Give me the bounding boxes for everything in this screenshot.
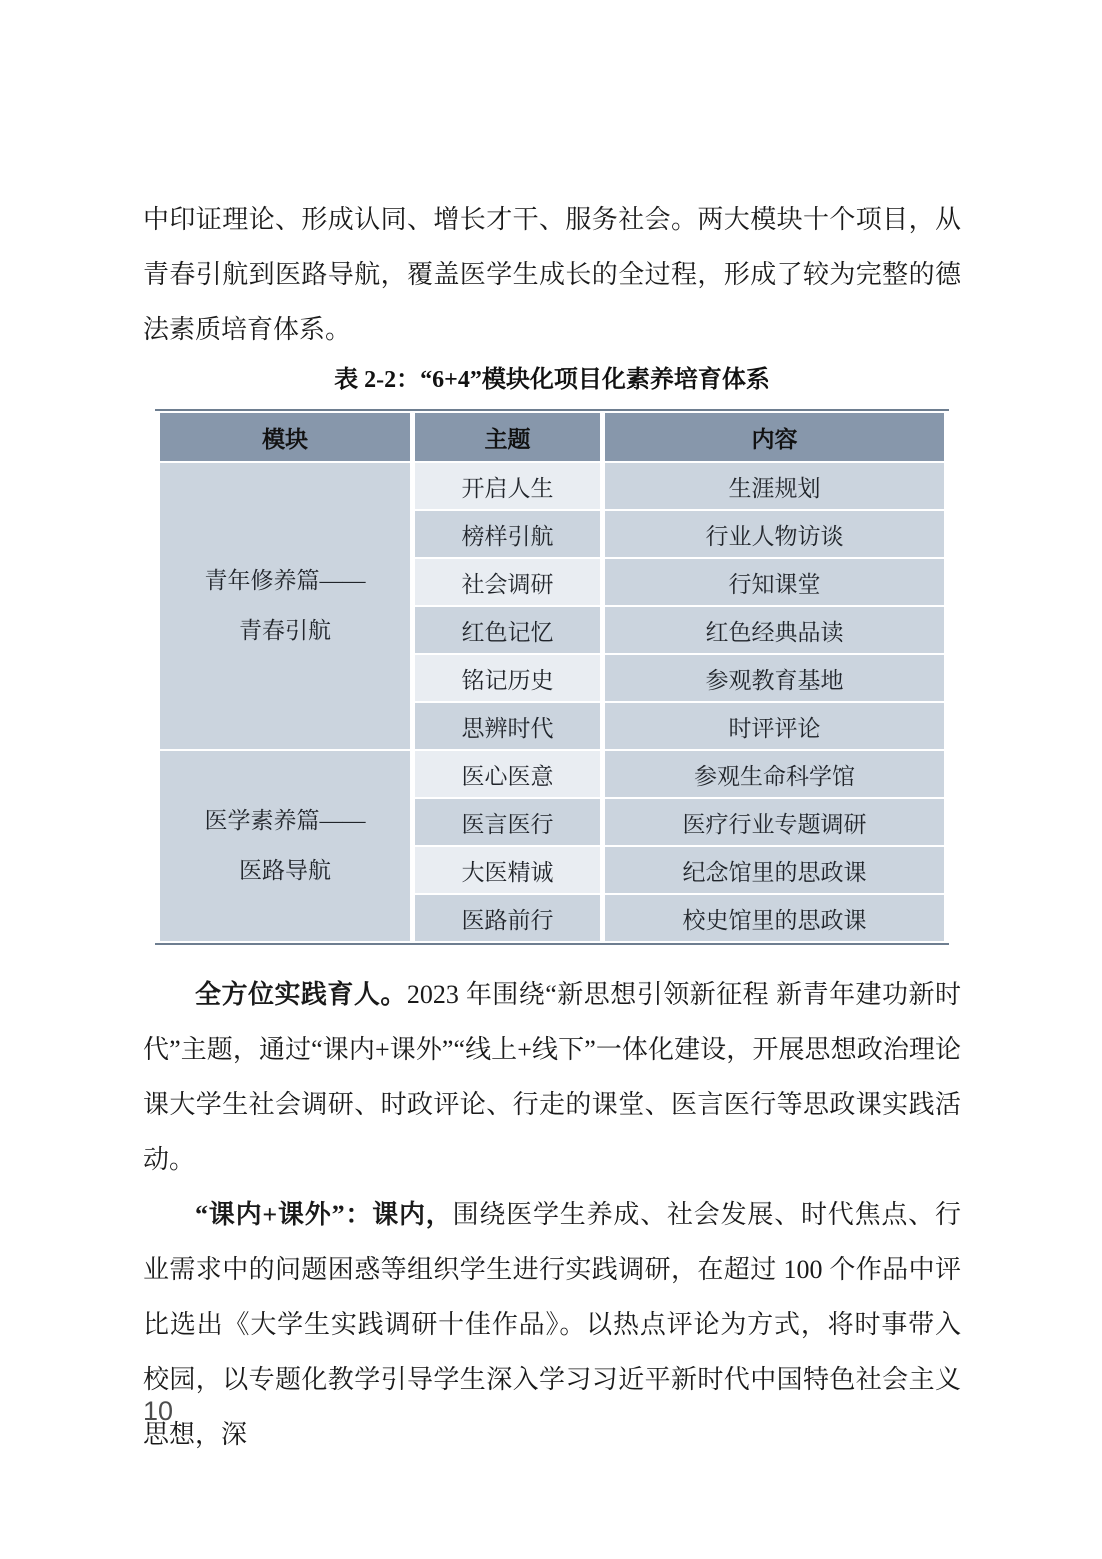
table-header-row: 模块 主题 内容 (160, 413, 944, 461)
module-cell-youth: 青年修养篇—— 青春引航 (160, 463, 410, 749)
theme-cell: 红色记忆 (415, 607, 600, 653)
module-name-line2: 医路导航 (160, 846, 410, 896)
theme-cell: 社会调研 (415, 559, 600, 605)
table-caption: 表 2-2：“6+4”模块化项目化素养培育体系 (143, 359, 961, 401)
paragraph-2-body: 2023 年围绕“新思想引领新征程 新青年建功新时代”主题，通过“课内+课外”“… (143, 980, 961, 1174)
theme-cell: 医心医意 (415, 751, 600, 797)
paragraph-3-body: 围绕医学生养成、社会发展、时代焦点、行业需求中的问题困惑等组织学生进行实践调研，… (143, 1200, 961, 1449)
paragraph-3-lead: “课内+课外”：课内， (195, 1200, 453, 1229)
content-cell: 生涯规划 (605, 463, 944, 509)
theme-cell: 医言医行 (415, 799, 600, 845)
header-cell-module: 模块 (160, 413, 410, 461)
page-number: 10 (143, 1396, 173, 1427)
table-row: 青年修养篇—— 青春引航 开启人生 生涯规划 (160, 463, 944, 509)
content-cell: 红色经典品读 (605, 607, 944, 653)
module-name-line2: 青春引航 (160, 606, 410, 656)
content-cell: 校史馆里的思政课 (605, 895, 944, 941)
header-cell-content: 内容 (605, 413, 944, 461)
content-cell: 纪念馆里的思政课 (605, 847, 944, 893)
document-body: { "content": { "p1": "中印证理论、形成认同、增长才干、服务… (0, 0, 1102, 1559)
paragraph-2-lead: 全方位实践育人。 (195, 980, 407, 1009)
content-cell: 行知课堂 (605, 559, 944, 605)
theme-cell: 铭记历史 (415, 655, 600, 701)
theme-cell: 医路前行 (415, 895, 600, 941)
theme-cell: 榜样引航 (415, 511, 600, 557)
table-row: 医学素养篇—— 医路导航 医心医意 参观生命科学馆 (160, 751, 944, 797)
module-cell-medical: 医学素养篇—— 医路导航 (160, 751, 410, 941)
paragraph-3: “课内+课外”：课内，围绕医学生养成、社会发展、时代焦点、行业需求中的问题困惑等… (143, 1187, 961, 1462)
module-table: 模块 主题 内容 青年修养篇—— 青春引航 开启人生 生涯规划 榜样引航 行业人… (155, 409, 949, 945)
module-name-line1: 青年修养篇—— (160, 556, 410, 606)
header-cell-theme: 主题 (415, 413, 600, 461)
page: 中印证理论、形成认同、增长才干、服务社会。两大模块十个项目，从青春引航到医路导航… (0, 0, 1102, 1559)
content-cell: 参观生命科学馆 (605, 751, 944, 797)
content-cell: 行业人物访谈 (605, 511, 944, 557)
content-cell: 时评评论 (605, 703, 944, 749)
module-name-line1: 医学素养篇—— (160, 796, 410, 846)
paragraph-2: 全方位实践育人。2023 年围绕“新思想引领新征程 新青年建功新时代”主题，通过… (143, 967, 961, 1187)
content-cell: 医疗行业专题调研 (605, 799, 944, 845)
paragraph-1: 中印证理论、形成认同、增长才干、服务社会。两大模块十个项目，从青春引航到医路导航… (143, 192, 961, 357)
content-cell: 参观教育基地 (605, 655, 944, 701)
theme-cell: 大医精诚 (415, 847, 600, 893)
theme-cell: 思辨时代 (415, 703, 600, 749)
theme-cell: 开启人生 (415, 463, 600, 509)
